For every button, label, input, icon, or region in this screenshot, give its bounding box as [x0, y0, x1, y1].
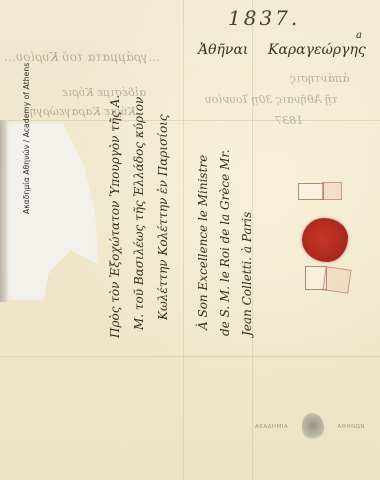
sender-location: Ἀθῆναι: [198, 42, 248, 58]
sender-name: Καραγεώργης: [268, 42, 366, 58]
address-line: Μ. τοῦ Βασιλέως τῆς Ἑλλάδος κύριον: [132, 97, 146, 330]
logo-text-left: ΑΚΑΔΗΜΙΑ: [255, 424, 288, 430]
fold-line-vertical: [183, 0, 184, 480]
logo-text-right: ΑΘΗΝΩΝ: [337, 424, 365, 430]
academy-logo: ΑΚΑΔΗΜΙΑ ΑΘΗΝΩΝ: [255, 412, 365, 442]
show-through-text: ἀπάντησις: [290, 72, 349, 85]
postal-stamp-red: [322, 182, 342, 200]
profile-head-icon: [302, 413, 324, 441]
wax-seal: [302, 218, 348, 262]
postal-stamp-red: [322, 266, 351, 293]
year-note: 1837.: [228, 6, 300, 30]
fold-line-horizontal: [0, 356, 380, 357]
address-line: Jean Colletti. à Paris: [240, 212, 254, 336]
postal-stamp: [298, 183, 324, 200]
show-through-text: 1837: [275, 114, 303, 127]
address-line: Κωλέττην Κολέττην ἐν Παρισίοις: [156, 114, 170, 320]
archive-watermark: Ακαδημία Αθηνών / Academy of Athens: [22, 63, 31, 214]
page-edge: [0, 120, 7, 302]
address-line: Πρὸς τὸν Ἐξοχώτατον Ὑπουργὸν τῆς Α.: [108, 95, 122, 338]
show-through-text: τῇ Ἀθῆναις 30ῃ Ἰουνίου: [205, 93, 338, 106]
address-line: À Son Excellence le Ministre: [196, 155, 210, 330]
sender-superscript: a: [356, 30, 362, 41]
fold-line-horizontal: [0, 120, 380, 121]
address-line: de S. M. le Roi de la Grèce Mr.: [218, 149, 232, 336]
